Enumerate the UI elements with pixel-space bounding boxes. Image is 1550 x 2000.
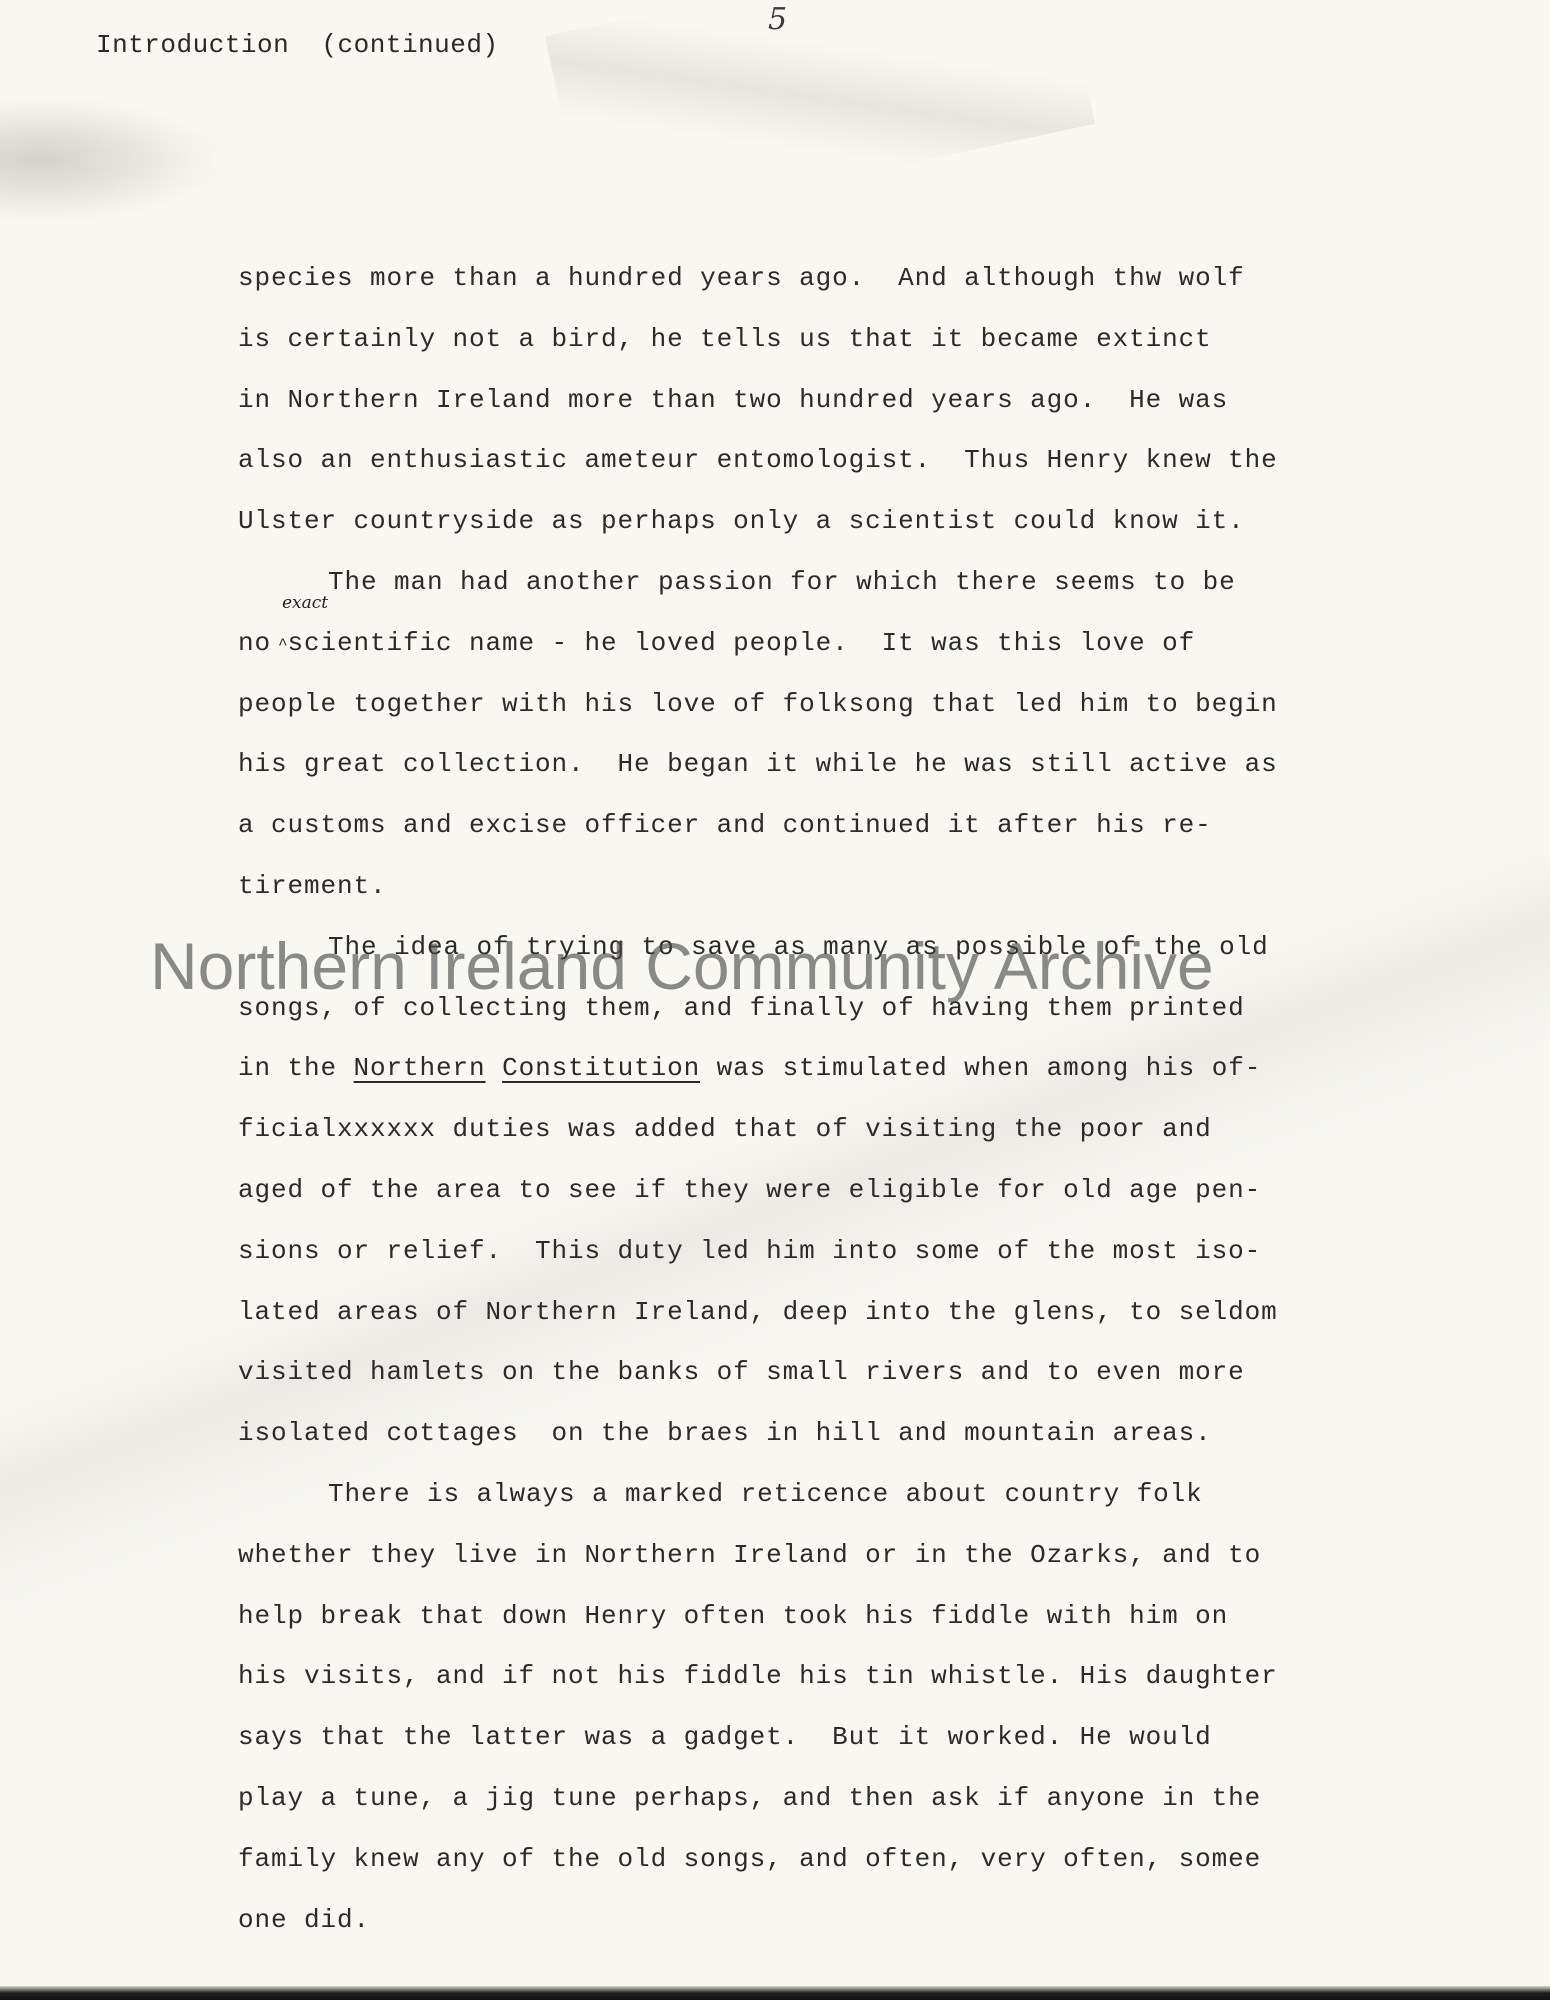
text-line: whether they live in Northern Ireland or… — [238, 1525, 1418, 1586]
text-line: no scientific name - he loved people. It… — [238, 613, 1418, 674]
text-line: aged of the area to see if they were eli… — [238, 1160, 1418, 1221]
text-line: his great collection. He began it while … — [238, 734, 1418, 795]
text-segment: in the — [238, 1053, 354, 1083]
text-line: family knew any of the old songs, and of… — [238, 1829, 1418, 1890]
text-line: The man had another passion for which th… — [238, 552, 1418, 613]
text-line: lated areas of Northern Ireland, deep in… — [238, 1282, 1418, 1343]
text-line: species more than a hundred years ago. A… — [238, 248, 1418, 309]
text-line: his visits, and if not his fiddle his ti… — [238, 1646, 1418, 1707]
text-line: There is always a marked reticence about… — [238, 1464, 1418, 1525]
scanned-page: Introduction (continued) 5 exact ^ speci… — [0, 0, 1550, 2000]
text-line: in the Northern Constitution was stimula… — [238, 1038, 1418, 1099]
text-line: is certainly not a bird, he tells us tha… — [238, 309, 1418, 370]
text-segment: was stimulated when among his of- — [700, 1053, 1261, 1083]
text-line: people together with his love of folkson… — [238, 674, 1418, 735]
text-line: sions or relief. This duty led him into … — [238, 1221, 1418, 1282]
text-line: ficialxxxxxx duties was added that of vi… — [238, 1099, 1418, 1160]
page-number: 5 — [768, 2, 787, 37]
scan-bottom-edge — [0, 1986, 1550, 2000]
text-segment — [486, 1053, 503, 1083]
text-line: songs, of collecting them, and finally o… — [238, 978, 1418, 1039]
section-header: Introduction (continued) — [96, 30, 499, 60]
text-line: help break that down Henry often took hi… — [238, 1586, 1418, 1647]
text-line: a customs and excise officer and continu… — [238, 795, 1418, 856]
text-line: The idea of trying to save as many as po… — [238, 917, 1418, 978]
text-line: isolated cottages on the braes in hill a… — [238, 1403, 1418, 1464]
text-line: play a tune, a jig tune perhaps, and the… — [238, 1768, 1418, 1829]
text-line: visited hamlets on the banks of small ri… — [238, 1342, 1418, 1403]
page-shadow — [545, 0, 1095, 232]
text-line: says that the latter was a gadget. But i… — [238, 1707, 1418, 1768]
text-line: one did. — [238, 1890, 1418, 1951]
underlined-title: Northern — [354, 1053, 486, 1083]
text-line: tirement. — [238, 856, 1418, 917]
text-line: in Northern Ireland more than two hundre… — [238, 370, 1418, 431]
underlined-title: Constitution — [502, 1053, 700, 1083]
text-line: also an enthusiastic ameteur entomologis… — [238, 430, 1418, 491]
typewritten-body: species more than a hundred years ago. A… — [238, 248, 1418, 1950]
text-line: Ulster countryside as perhaps only a sci… — [238, 491, 1418, 552]
